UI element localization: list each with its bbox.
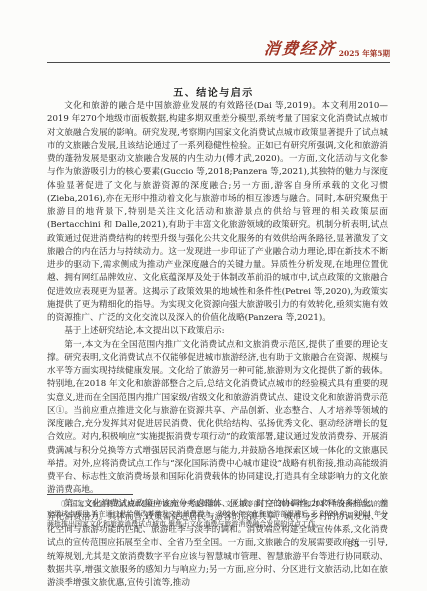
paper-page: 消费经济2025 年第5期 五、结论与启示 文化和旅游的融合是中国旅游业发展的有… (0, 0, 427, 591)
journal-issue: 2025 年第5期 (339, 48, 390, 59)
section-title: 五、结论与启示 (0, 84, 427, 99)
footnote-text: ① 国家文化消费试点城市是由中宣部(中央宣传部)、文化部等部门于 2016 年和… (47, 500, 388, 529)
paragraph-lead-in: 基于上述研究结论,本文提出以下政策启示: (47, 325, 388, 338)
journal-logo: 消费经济 (263, 36, 337, 59)
page-number: 55 (348, 540, 360, 549)
footnote-area: ① 国家文化消费试点城市是由中宣部(中央宣传部)、文化部等部门于 2016 年和… (47, 494, 388, 529)
footnote-divider (47, 494, 133, 495)
paragraph-policy-first: 第一,本文为在全国范围内推广文化消费试点和文旅消费示范区,提供了重要的理论支撑。… (47, 339, 388, 498)
journal-header: 消费经济2025 年第5期 (47, 36, 390, 63)
paragraph-conclusion: 文化和旅游的融合是中国旅游业发展的有效路径(Dai 等,2019)。本文利用20… (47, 100, 388, 325)
